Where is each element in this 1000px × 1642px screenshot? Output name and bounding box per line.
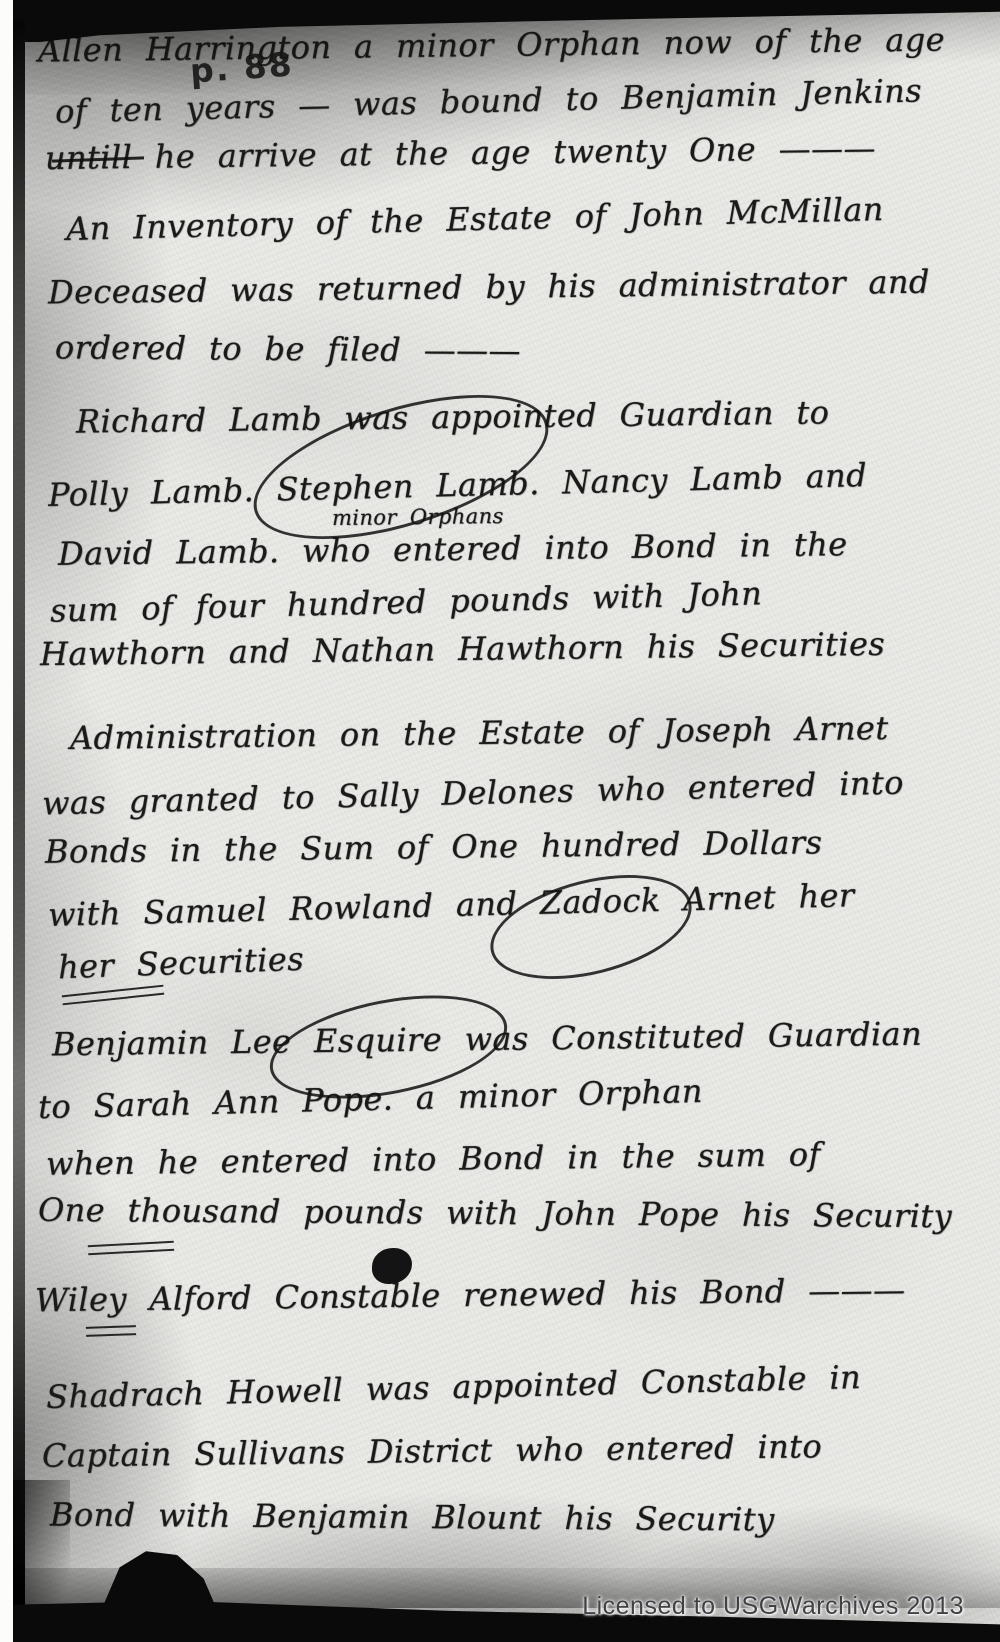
scan-edge-left — [12, 20, 25, 1620]
document-scan: p. 88 Allen Harrington a minor Orphan no… — [0, 0, 1000, 1642]
handwritten-line: ordered to be filed ——— — [55, 330, 521, 368]
license-watermark: Licensed to USGWarchives 2013 — [582, 1592, 964, 1621]
handwritten-line: One thousand pounds with John Pope his S… — [38, 1193, 952, 1235]
scan-margin-left — [0, 0, 13, 1642]
handwritten-line: Bond with Benjamin Blount his Security — [50, 1497, 775, 1537]
handwritten-line: her Securities — [57, 942, 304, 986]
emphasis-underline — [86, 1325, 136, 1337]
